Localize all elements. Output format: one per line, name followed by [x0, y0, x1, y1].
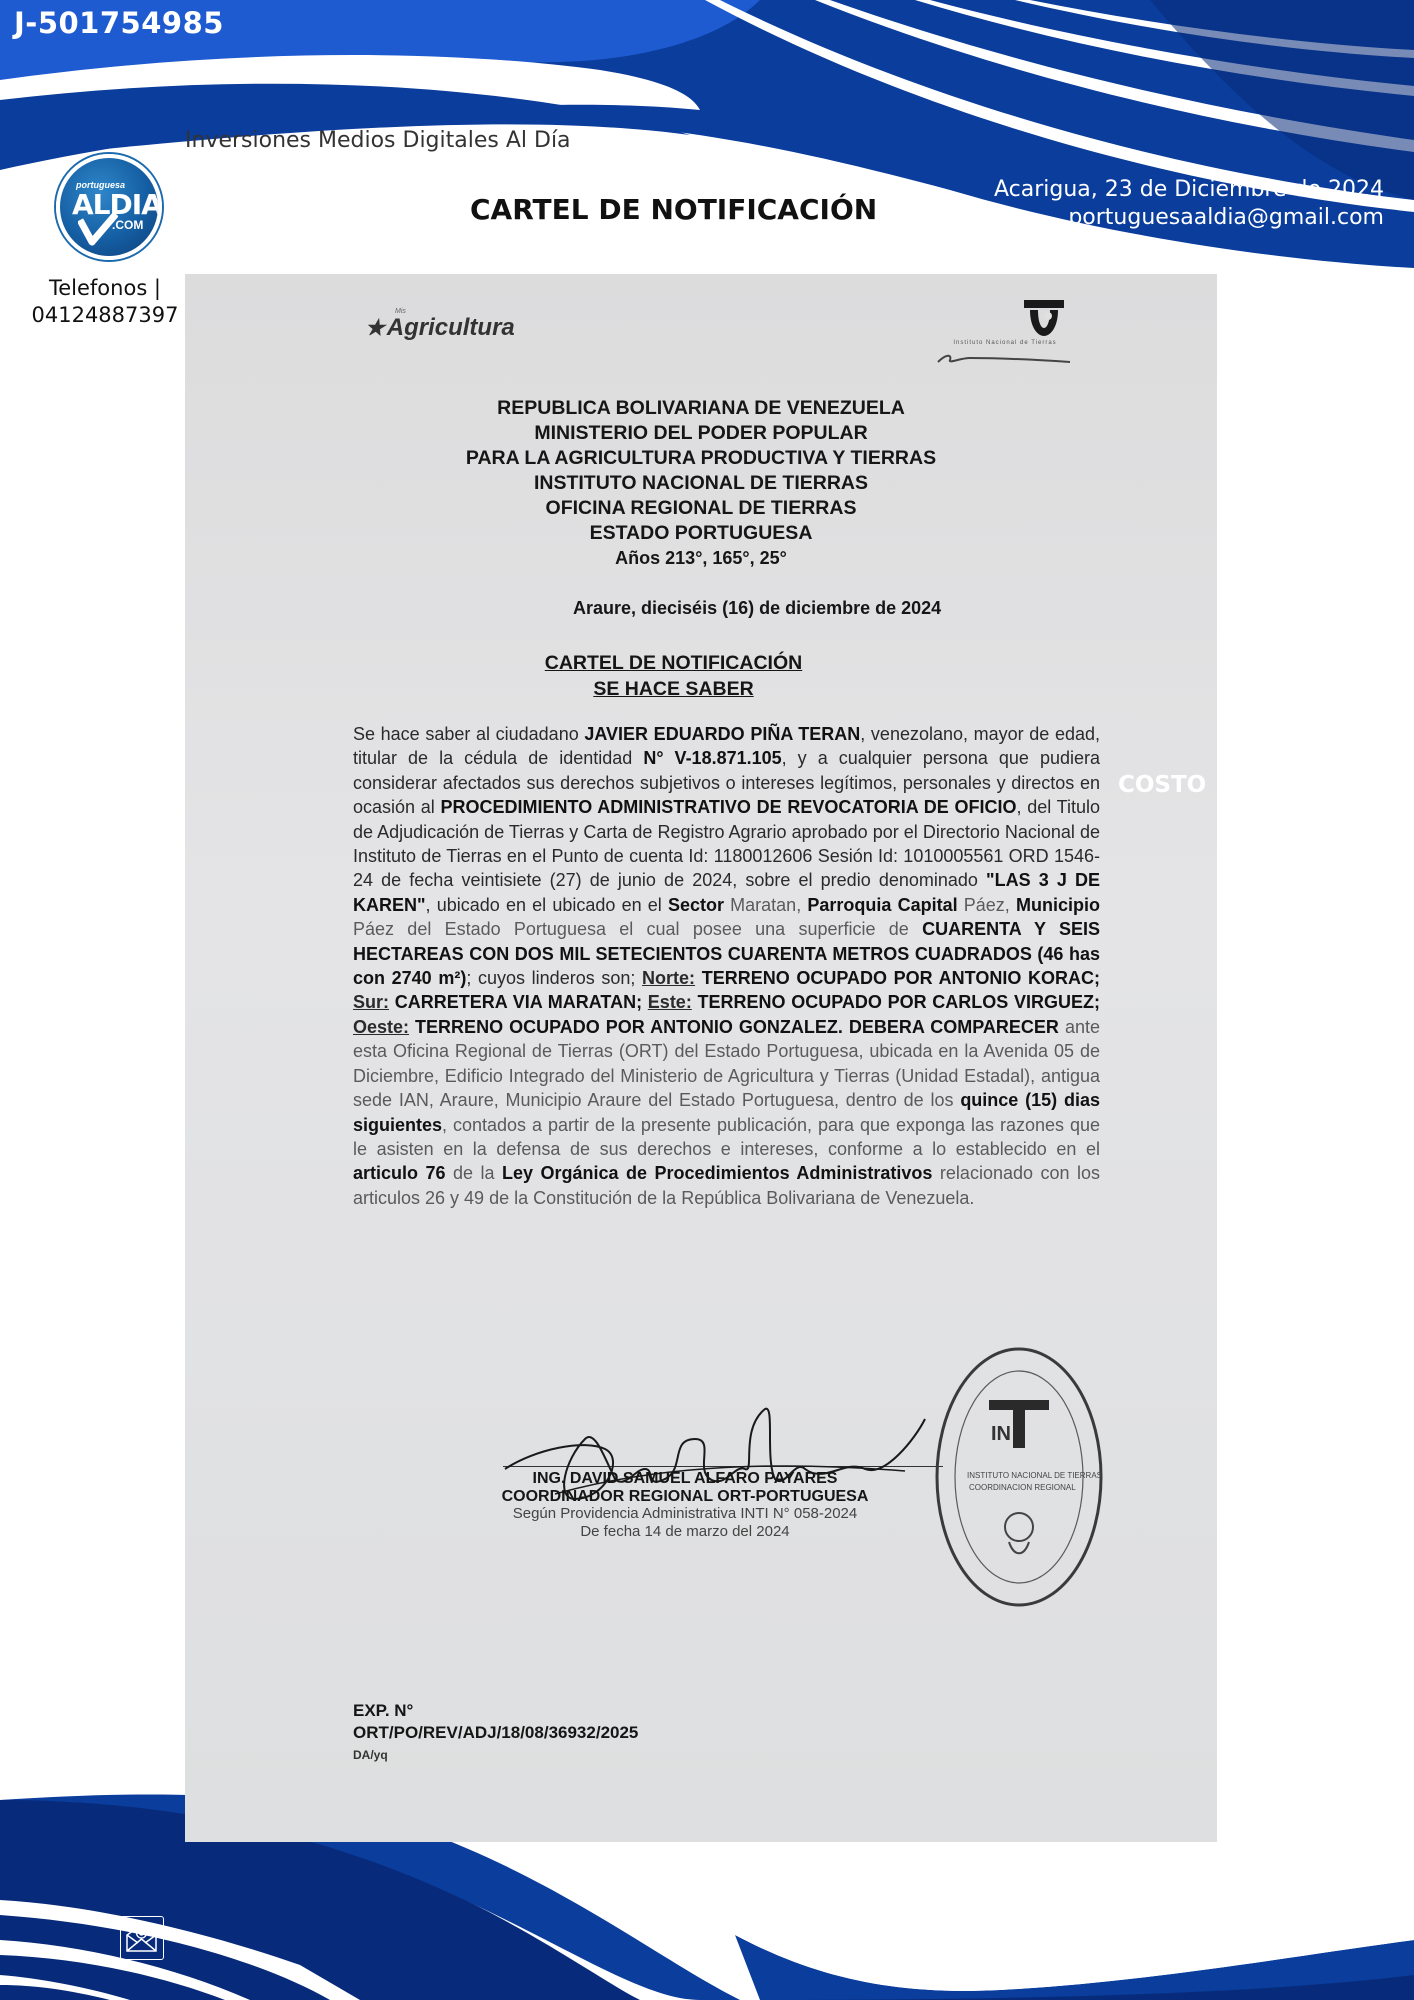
phone-number[interactable]: 04124887397	[30, 302, 180, 329]
east-label: Este:	[648, 992, 692, 1012]
letterhead-line: OFICINA REGIONAL DE TIERRAS	[185, 496, 1217, 521]
east-value: TERRENO OCUPADO POR CARLOS VIRGUEZ;	[692, 992, 1100, 1012]
letterhead-line: PARA LA AGRICULTURA PRODUCTIVA Y TIERRAS	[185, 446, 1217, 471]
sector-label: Sector	[668, 895, 724, 915]
svg-text:COORDINACION REGIONAL: COORDINACION REGIONAL	[969, 1483, 1076, 1492]
logo-prefix: Mis	[395, 308, 406, 315]
body-text: Se hace saber al ciudadano	[353, 724, 584, 744]
letterhead-line: INSTITUTO NACIONAL DE TIERRAS	[185, 471, 1217, 496]
contact-email[interactable]: portuguesaaldia@gmail.com	[994, 204, 1384, 232]
inti-emblem-icon	[1020, 298, 1068, 338]
svg-text:IN: IN	[991, 1423, 1011, 1445]
article-ref: articulo 76	[353, 1163, 446, 1183]
envelope-at-icon	[121, 1917, 162, 1958]
watermark-text: COSTO	[1118, 772, 1206, 798]
checkmark-icon	[78, 212, 118, 248]
expedient-label: EXP. N°	[353, 1700, 638, 1722]
official-stamp: IN INSTITUTO NACIONAL DE TIERRAS COORDIN…	[929, 1342, 1109, 1612]
signatory-providence: Según Providencia Administrativa INTI N°…	[435, 1505, 935, 1523]
signatory-date: De fecha 14 de marzo del 2024	[435, 1523, 935, 1541]
ministry-agriculture-logo: Mis ★Agricultura	[365, 314, 515, 342]
letterhead-line: ESTADO PORTUGUESA	[185, 521, 1217, 546]
body-text: , contados a partir de la presente publi…	[353, 1115, 1100, 1159]
letterhead-years: Años 213°, 165°, 25°	[185, 546, 1217, 571]
scanned-document: Mis ★Agricultura Instituto Nacional de T…	[185, 274, 1217, 1842]
signatory-name: ING. DAVID SAMUEL ALFARO PAYARES	[435, 1470, 935, 1488]
notice-body: Se hace saber al ciudadano JAVIER EDUARD…	[353, 722, 1100, 1210]
expedient-initials: DA/yq	[353, 1744, 638, 1766]
expedient-block: EXP. N° ORT/PO/REV/ADJ/18/08/36932/2025 …	[353, 1700, 638, 1766]
procedure-name: PROCEDIMIENTO ADMINISTRATIVO DE REVOCATO…	[441, 797, 1017, 817]
law-ref: Ley Orgánica de Procedimientos Administr…	[502, 1163, 932, 1183]
letterhead-line: REPUBLICA BOLIVARIANA DE VENEZUELA	[185, 396, 1217, 421]
body-text: de la	[446, 1163, 503, 1183]
logo-text: Agricultura	[387, 314, 515, 341]
document-title-line2: SE HACE SABER	[185, 676, 1217, 702]
municipality-label: Municipio	[1016, 895, 1100, 915]
swoosh-icon	[930, 348, 1080, 368]
location-date: Acarigua, 23 de Diciembre de 2024	[994, 176, 1384, 204]
citizen-name: JAVIER EDUARDO PIÑA TERAN	[584, 724, 860, 744]
svg-text:INSTITUTO NACIONAL DE TIERRAS: INSTITUTO NACIONAL DE TIERRAS	[967, 1471, 1102, 1480]
body-text: ; cuyos linderos son;	[466, 968, 642, 988]
west-label: Oeste:	[353, 1017, 409, 1037]
letterhead: REPUBLICA BOLIVARIANA DE VENEZUELA MINIS…	[185, 396, 1217, 571]
page-title: CARTEL DE NOTIFICACIÓN	[470, 193, 877, 226]
star-icon: ★	[365, 315, 385, 340]
appear-notice: DEBERA COMPARECER	[849, 1017, 1059, 1037]
inti-caption: Instituto Nacional de Tierras	[930, 340, 1080, 346]
letterhead-line: MINISTERIO DEL PODER POPULAR	[185, 421, 1217, 446]
body-text: , ubicado en el ubicado en el	[426, 895, 668, 915]
parish-value: Páez,	[958, 895, 1016, 915]
signatory-role: COORDINADOR REGIONAL ORT-PORTUGUESA	[435, 1488, 935, 1506]
south-label: Sur:	[353, 992, 389, 1012]
document-title-line1: CARTEL DE NOTIFICACIÓN	[185, 650, 1217, 676]
document-title: CARTEL DE NOTIFICACIÓN SE HACE SABER	[185, 650, 1217, 702]
company-name: Inversiones Medios Digitales Al Día	[185, 128, 571, 153]
company-rif: J-501754985	[14, 6, 224, 40]
south-value: CARRETERA VIA MARATAN;	[389, 992, 648, 1012]
signatory-block: ING. DAVID SAMUEL ALFARO PAYARES COORDIN…	[435, 1470, 935, 1540]
id-number: N° V-18.871.105	[643, 748, 781, 768]
north-value: TERRENO OCUPADO POR ANTONIO KORAC;	[695, 968, 1100, 988]
body-text: Páez del Estado Portuguesa el cual posee…	[353, 919, 922, 939]
inti-logo: Instituto Nacional de Tierras	[930, 298, 1080, 370]
sector-value: Maratan,	[724, 895, 807, 915]
document-date: Araure, dieciséis (16) de diciembre de 2…	[573, 598, 941, 619]
west-value: TERRENO OCUPADO POR ANTONIO GONZALEZ.	[409, 1017, 849, 1037]
phones-label: Telefonos |	[30, 275, 180, 302]
email-icon[interactable]	[120, 1916, 164, 1960]
header-contact: Acarigua, 23 de Diciembre de 2024 portug…	[994, 176, 1384, 232]
parish-label: Parroquia Capital	[807, 895, 957, 915]
phones-block: Telefonos | 04124887397	[30, 275, 180, 329]
north-label: Norte:	[642, 968, 695, 988]
portuguesa-aldia-logo: portuguesa ALDIA .COM	[56, 154, 162, 260]
expedient-number: ORT/PO/REV/ADJ/18/08/36932/2025	[353, 1722, 638, 1744]
